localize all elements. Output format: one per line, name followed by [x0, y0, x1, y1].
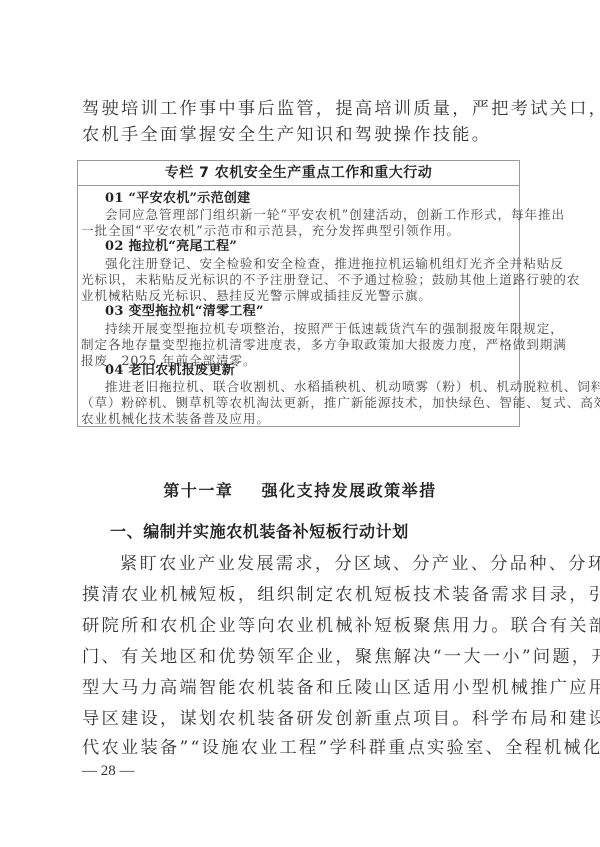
box-item-2-line-3: 业机械粘贴反光标识、悬挂反光警示牌或插挂反光警示旗。	[81, 288, 432, 304]
box-item-1-heading: 01 “平安农机”示范创建	[105, 191, 250, 207]
box-item-1-line-1: 会同应急管理部门组织新一轮“平安农机”创建活动，创新工作形式，每年推出	[105, 207, 565, 223]
feature-box-title: 专栏 7 农机安全生产重点工作和重大行动	[78, 161, 519, 186]
section-line-3: 研院所和农机企业等向农业机械补短板聚焦用力。联合有关部	[82, 615, 522, 637]
box-item-1-line-2: 一批全国“平安农机”示范市和示范县，充分发挥典型引领作用。	[81, 223, 460, 239]
box-item-4-line-2: （草）粉碎机、铡草机等农机淘汰更新，推广新能源技术，加快绿色、智能、复式、高效	[81, 395, 600, 411]
box-item-2-line-1: 强化注册登记、安全检验和安全检查，推进拖拉机运输机组灯光齐全并粘贴反	[105, 256, 564, 272]
section-line-1: 紧盯农业产业发展需求，分区域、分产业、分品种、分环节全面	[120, 553, 522, 575]
document-page: 驾驶培训工作事中事后监管，提高培训质量，严把考试关口，确保 农机手全面掌握安全生…	[0, 0, 600, 847]
box-item-2-line-2: 光标识，未粘贴反光标识的不予注册登记、不予通过检验；鼓励其他上道路行驶的农	[81, 272, 580, 288]
intro-line-2: 农机手全面掌握安全生产知识和驾驶操作技能。	[82, 124, 522, 146]
section-line-4: 门、有关地区和优势领军企业，聚焦解决“一大一小”问题，开展大	[82, 646, 522, 668]
box-item-4-line-3: 农业机械化技术装备普及应用。	[81, 411, 270, 427]
box-item-3-heading: 03 变型拖拉机“清零工程”	[105, 304, 264, 320]
box-item-3-line-1: 持续开展变型拖拉机专项整治，按照严于低速载货汽车的强制报废年限规定，	[105, 321, 564, 337]
section-line-5: 型大马力高端智能农机装备和丘陵山区适用小型机械推广应用先	[82, 677, 522, 699]
section-line-6: 导区建设，谋划农机装备研发创新重点项目。科学布局和建设“现	[82, 708, 522, 730]
section-title: 一、编制并实施农机装备补短板行动计划	[110, 519, 409, 542]
chapter-title: 第十一章 强化支持发展政策举措	[0, 478, 600, 501]
box-item-4-line-1: 推进老旧拖拉机、联合收割机、水稻插秧机、机动喷雾（粉）机、机动脱粒机、饲料	[105, 379, 600, 395]
section-line-2: 摸清农业机械短板，组织制定农机短板技术装备需求目录，引导科	[82, 584, 522, 606]
intro-line-1: 驾驶培训工作事中事后监管，提高培训质量，严把考试关口，确保	[82, 98, 522, 120]
section-line-7: 代农业装备”“设施农业工程”学科群重点实验室、全程机械化科	[82, 737, 522, 759]
page-number: — 28 —	[82, 763, 135, 780]
box-item-3-line-2: 制定各地存量变型拖拉机清零进度表，多方争取政策加大报废力度，严格做到期满	[81, 337, 567, 353]
feature-box: 专栏 7 农机安全生产重点工作和重大行动 01 “平安农机”示范创建 会同应急管…	[77, 160, 520, 427]
box-item-2-heading: 02 拖拉机“亮尾工程”	[105, 239, 237, 255]
box-item-4-heading: 04 老旧农机报废更新	[105, 363, 235, 379]
